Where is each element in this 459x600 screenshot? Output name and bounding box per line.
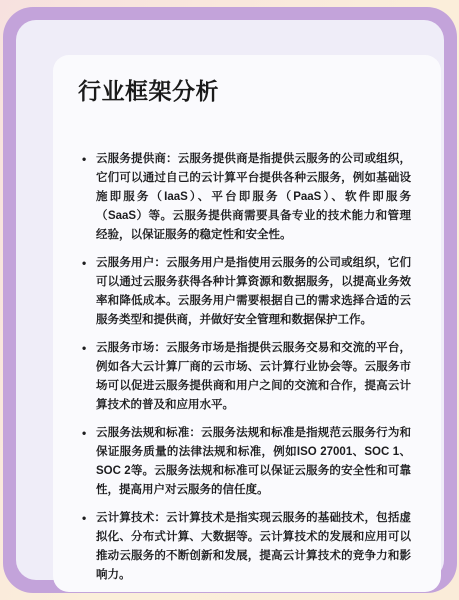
bullet-icon: •	[82, 254, 96, 273]
bullet-icon: •	[82, 509, 96, 528]
list-item: • 云服务法规和标准：云服务法规和标准是指规范云服务行为和保证服务质量的法律法规…	[82, 424, 411, 500]
bullet-icon: •	[82, 150, 96, 169]
list-item-text: 云服务用户：云服务用户是指使用云服务的公司或组织，它们可以通过云服务获得各种计算…	[96, 254, 411, 330]
list-item: • 云服务提供商：云服务提供商是指提供云服务的公司或组织，它们可以通过自己的云计…	[82, 150, 411, 245]
list-item: • 云服务市场：云服务市场是指提供云服务交易和交流的平台，例如各大云计算厂商的云…	[82, 339, 411, 415]
bullet-icon: •	[82, 424, 96, 443]
list-item-text: 云服务法规和标准：云服务法规和标准是指规范云服务行为和保证服务质量的法律法规和标…	[96, 424, 411, 500]
bullet-list: • 云服务提供商：云服务提供商是指提供云服务的公司或组织，它们可以通过自己的云计…	[78, 150, 411, 585]
page-background: 行业框架分析 • 云服务提供商：云服务提供商是指提供云服务的公司或组织，它们可以…	[0, 0, 459, 600]
purple-frame: 行业框架分析 • 云服务提供商：云服务提供商是指提供云服务的公司或组织，它们可以…	[3, 7, 457, 593]
list-item-text: 云服务市场：云服务市场是指提供云服务交易和交流的平台，例如各大云计算厂商的云市场…	[96, 339, 411, 415]
frame-inner: 行业框架分析 • 云服务提供商：云服务提供商是指提供云服务的公司或组织，它们可以…	[16, 20, 444, 580]
list-item: • 云服务用户：云服务用户是指使用云服务的公司或组织，它们可以通过云服务获得各种…	[82, 254, 411, 330]
bullet-icon: •	[82, 339, 96, 358]
content-card: 行业框架分析 • 云服务提供商：云服务提供商是指提供云服务的公司或组织，它们可以…	[53, 55, 441, 592]
page-title: 行业框架分析	[78, 77, 411, 105]
list-item: • 云计算技术：云计算技术是指实现云服务的基础技术，包括虚拟化、分布式计算、大数…	[82, 509, 411, 585]
list-item-text: 云服务提供商：云服务提供商是指提供云服务的公司或组织，它们可以通过自己的云计算平…	[96, 150, 411, 245]
list-item-text: 云计算技术：云计算技术是指实现云服务的基础技术，包括虚拟化、分布式计算、大数据等…	[96, 509, 411, 585]
